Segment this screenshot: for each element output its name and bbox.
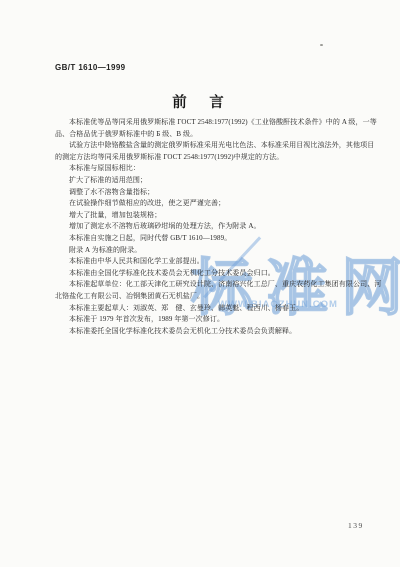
- page-title: 前 言: [0, 91, 400, 112]
- body-line: 增加了测定水不溶物后玻璃砂坩埚的处理方法，作为附录 A。: [55, 221, 377, 233]
- body-line: 本标准起草单位：化工部天津化工研究设计院、济南裕兴化工总厂、重庆农药化工集团有限…: [55, 279, 377, 291]
- body-line: 本标准由全国化学标准化技术委员会无机化工分技术委员会归口。: [55, 268, 377, 280]
- body-line: 本标准于 1979 年首次发布，1989 年第一次修订。: [55, 314, 377, 326]
- body-line: 本标准委托全国化学标准化技术委员会无机化工分技术委员会负责解释。: [55, 326, 377, 338]
- body-line: 调整了水不溶物含量指标；: [55, 187, 377, 199]
- body-line: 的测定方法均等同采用俄罗斯标准 ГОСТ 2548:1977(1992)中规定的…: [55, 152, 377, 164]
- body-line: 品、合格品优于俄罗斯标准中的 Б 级、B 级。: [55, 129, 377, 141]
- body-line: 本标准与原国标相比：: [55, 163, 377, 175]
- body-line: 增大了批量，增加包装规格；: [55, 210, 377, 222]
- document-page: GB/T 1610—1999 前 言 标准网 WWW.BIAOZHUN.COM …: [0, 0, 400, 567]
- page-number: 139: [348, 521, 364, 530]
- body-line: 本标准优等品等同采用俄罗斯标准 ГОСТ 2548:1977(1992)《工业铬…: [55, 117, 377, 129]
- standard-code-header: GB/T 1610—1999: [55, 63, 126, 72]
- body-line: 扩大了标准的适用范围；: [55, 175, 377, 187]
- body-line: 本标准主要起草人：刘淑英、郑 健、玄曼玲、韩英魁、程西川、杨春玉。: [55, 303, 377, 315]
- body-line: 北铬盐化工有限公司、冶钢集团黄石无机盐厂。: [55, 291, 377, 303]
- body-line: 试验方法中除铬酸盐含量的测定俄罗斯标准采用光电比色法、本标准采用目视比浊法外，其…: [55, 140, 377, 152]
- body-line: 本标准由中华人民共和国化学工业部提出。: [55, 256, 377, 268]
- foreword-body: 本标准优等品等同采用俄罗斯标准 ГОСТ 2548:1977(1992)《工业铬…: [55, 117, 377, 337]
- scan-speck: [320, 44, 323, 46]
- body-line: 本标准自实施之日起，同时代替 GB/T 1610—1989。: [55, 233, 377, 245]
- body-line: 在试验操作细节做相应的改进，使之更严谨完善；: [55, 198, 377, 210]
- body-line: 附录 A 为标准的附录。: [55, 245, 377, 257]
